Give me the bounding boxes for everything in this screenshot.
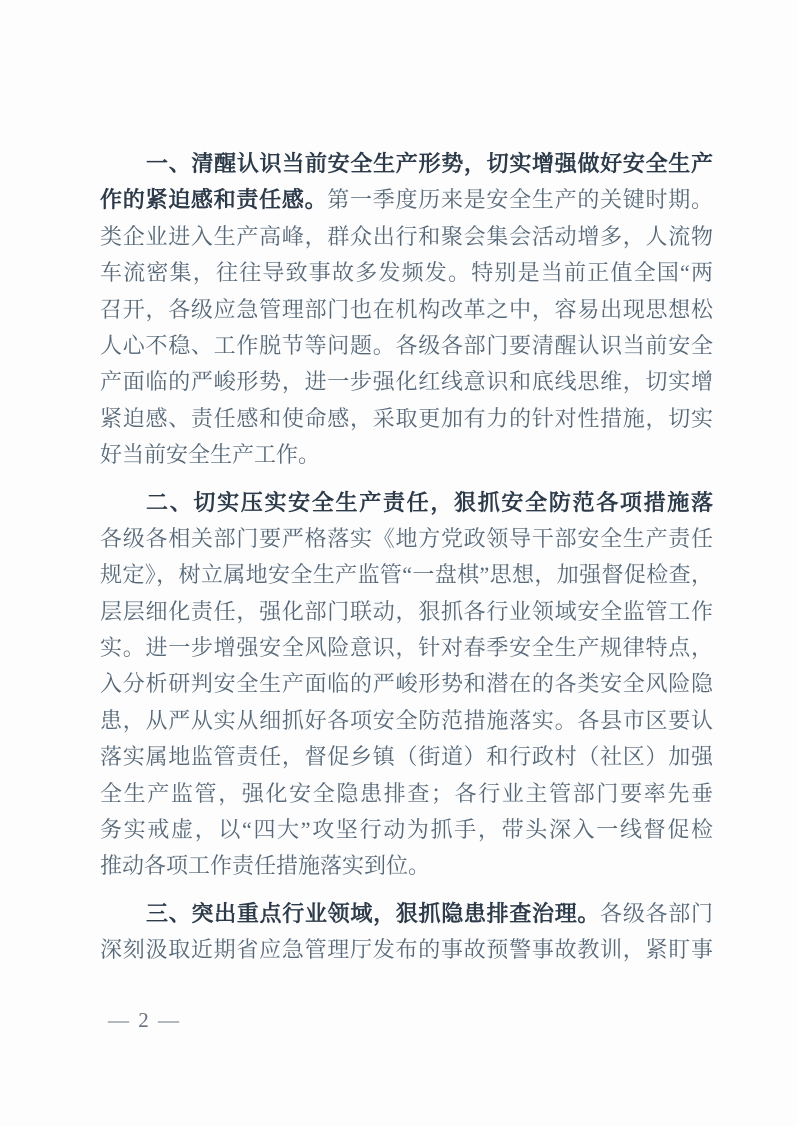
text-line: 患，从严从实从细抓好各项安全防范措施落实。各县市区要认真	[100, 703, 713, 739]
text-line: 推动各项工作责任措施落实到位。	[100, 848, 713, 884]
page-footer: — 2 —	[108, 1008, 181, 1033]
body-text: 人心不稳、工作脱节等问题。各级各部门要清醒认识当前安全生	[100, 333, 713, 364]
text-line: 入分析研判安全生产面临的严峻形势和潜在的各类安全风险隐	[100, 666, 713, 702]
heading-text: 三、突出重点行业领域，狠抓隐患排查治理。	[146, 901, 600, 926]
body-text: 层层细化责任，强化部门联动，狠抓各行业领域安全监管工作落	[100, 599, 713, 630]
text-line: 一、清醒认识当前安全生产形势，切实增强做好安全生产工	[100, 146, 713, 182]
body-text: 患，从严从实从细抓好各项安全防范措施落实。各县市区要认真	[100, 708, 713, 739]
text-line: 产面临的严峻形势，进一步强化红线意识和底线思维，切实增强	[100, 364, 713, 400]
text-line: 紧迫感、责任感和使命感，采取更加有力的针对性措施，切实做	[100, 401, 713, 437]
body-text: 各级各相关部门要严格落实《地方党政领导干部安全生产责任制	[100, 526, 713, 557]
text-line: 各级各相关部门要严格落实《地方党政领导干部安全生产责任制	[100, 521, 713, 557]
text-line: 全生产监管，强化安全隐患排查；各行业主管部门要率先垂范、	[100, 776, 713, 812]
body-text: 好当前安全生产工作。	[100, 442, 320, 467]
body-text: 类企业进入生产高峰，群众出行和聚会集会活动增多，人流物流	[100, 224, 713, 255]
text-line: 人心不稳、工作脱节等问题。各级各部门要清醒认识当前安全生	[100, 328, 713, 364]
body-text: 落实属地监管责任，督促乡镇（街道）和行政村（社区）加强安	[100, 744, 713, 775]
text-line: 实。进一步增强安全风险意识，针对春季安全生产规律特点，深	[100, 630, 713, 666]
paragraph: 三、突出重点行业领域，狠抓隐患排查治理。各级各部门要深刻汲取近期省应急管理厅发布…	[100, 896, 713, 969]
text-line: 好当前安全生产工作。	[100, 437, 713, 473]
text-line: 规定》，树立属地安全生产监管“一盘棋”思想，加强督促检查，	[100, 557, 713, 593]
body-text: 规定》，树立属地安全生产监管“一盘棋”思想，加强督促检查，	[100, 562, 713, 587]
text-line: 召开，各级应急管理部门也在机构改革之中，容易出现思想松懈、	[100, 292, 713, 328]
body-text: 召开，各级应急管理部门也在机构改革之中，容易出现思想松懈、	[100, 297, 713, 328]
body-text: 务实戒虚，以“四大”攻坚行动为抓手，带头深入一线督促检查，	[100, 817, 713, 848]
body-text: 深刻汲取近期省应急管理厅发布的事故预警事故教训，紧盯事故	[100, 937, 713, 968]
text-line: 务实戒虚，以“四大”攻坚行动为抓手，带头深入一线督促检查，	[100, 812, 713, 848]
text-line: 二、切实压实安全生产责任，狠抓安全防范各项措施落实。	[100, 485, 713, 521]
text-line: 类企业进入生产高峰，群众出行和聚会集会活动增多，人流物流	[100, 219, 713, 255]
body-text: 实。进一步增强安全风险意识，针对春季安全生产规律特点，深	[100, 635, 713, 666]
text-line: 车流密集，往往导致事故多发频发。特别是当前正值全国“两会”	[100, 255, 713, 291]
document-body: 一、清醒认识当前安全生产形势，切实增强做好安全生产工作的紧迫感和责任感。第一季度…	[100, 146, 713, 969]
heading-text: 一、清醒认识当前安全生产形势，切实增强做好安全生产工	[100, 151, 713, 182]
text-line: 作的紧迫感和责任感。第一季度历来是安全生产的关键时期。各	[100, 182, 713, 218]
body-text: 全生产监管，强化安全隐患排查；各行业主管部门要率先垂范、	[100, 781, 713, 812]
document-page: 一、清醒认识当前安全生产形势，切实增强做好安全生产工作的紧迫感和责任感。第一季度…	[0, 0, 797, 1126]
body-text: 产面临的严峻形势，进一步强化红线意识和底线思维，切实增强	[100, 369, 713, 400]
text-line: 深刻汲取近期省应急管理厅发布的事故预警事故教训，紧盯事故	[100, 932, 713, 968]
paragraph: 一、清醒认识当前安全生产形势，切实增强做好安全生产工作的紧迫感和责任感。第一季度…	[100, 146, 713, 474]
body-text: 车流密集，往往导致事故多发频发。特别是当前正值全国“两会”	[100, 260, 713, 291]
text-line: 层层细化责任，强化部门联动，狠抓各行业领域安全监管工作落	[100, 594, 713, 630]
heading-text: 作的紧迫感和责任感。	[100, 187, 327, 212]
body-text: 推动各项工作责任措施落实到位。	[100, 853, 430, 878]
body-text: 紧迫感、责任感和使命感，采取更加有力的针对性措施，切实做	[100, 406, 713, 437]
paragraph: 二、切实压实安全生产责任，狠抓安全防范各项措施落实。各级各相关部门要严格落实《地…	[100, 485, 713, 885]
heading-text: 二、切实压实安全生产责任，狠抓安全防范各项措施落实。	[100, 490, 713, 521]
page-number: — 2 —	[108, 1008, 181, 1032]
text-line: 三、突出重点行业领域，狠抓隐患排查治理。各级各部门要	[100, 896, 713, 932]
text-line: 落实属地监管责任，督促乡镇（街道）和行政村（社区）加强安	[100, 739, 713, 775]
body-text: 入分析研判安全生产面临的严峻形势和潜在的各类安全风险隐	[100, 671, 713, 696]
